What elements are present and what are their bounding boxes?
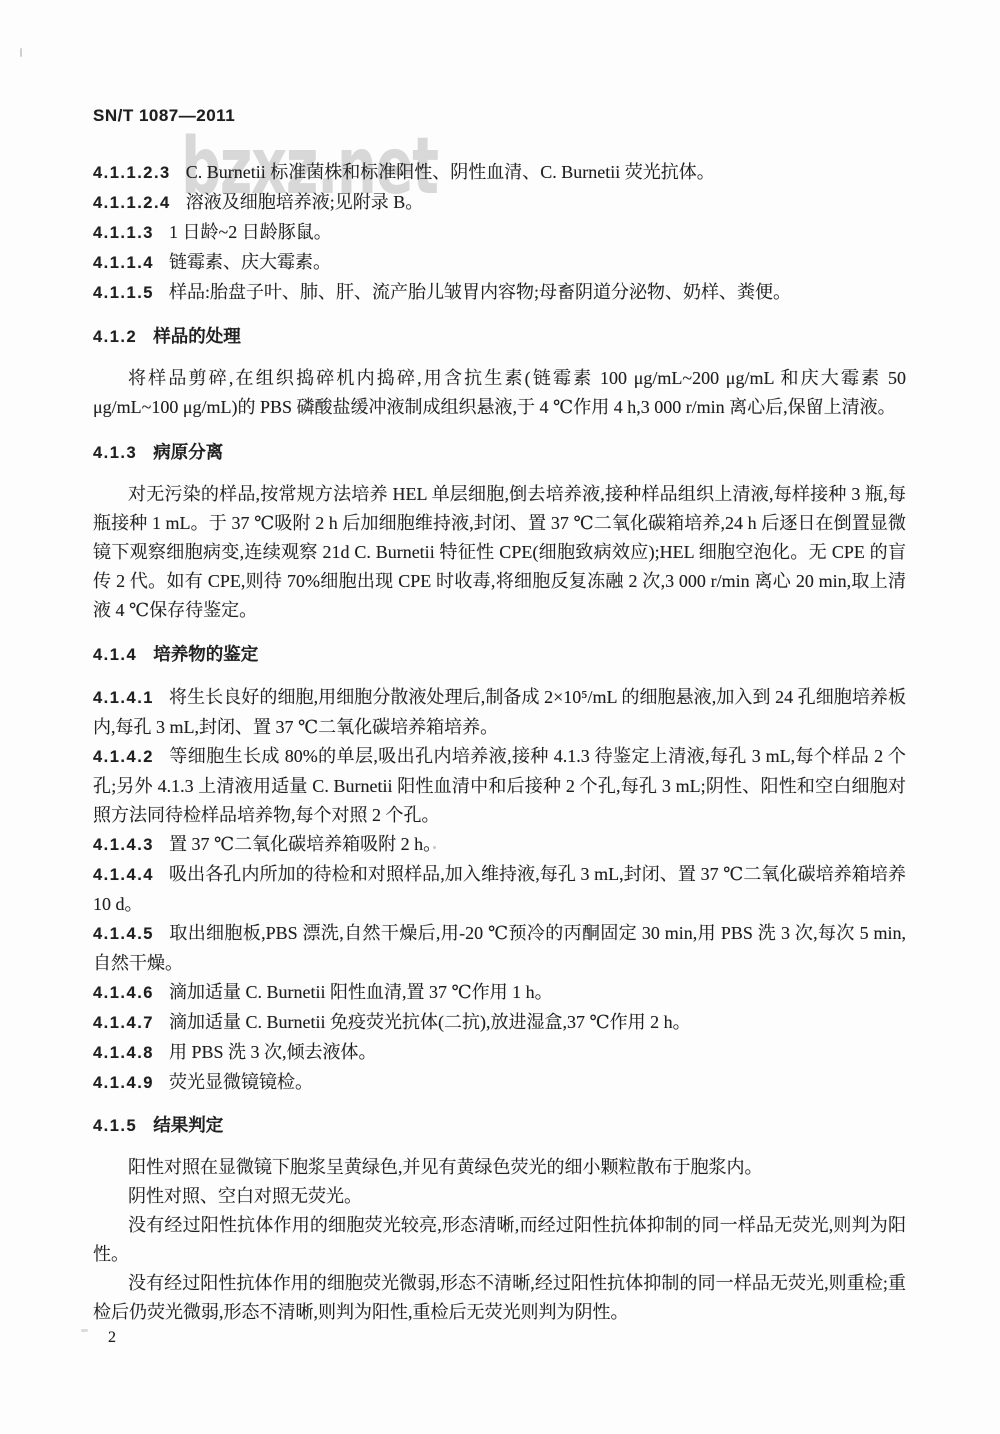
clause-group-4-1-1: 4.1.1.2.3C. Burnetii 标准菌株和标准阳性、阴性血清、C. B… xyxy=(93,158,906,308)
document-page: bzxz.net SN/T 1087—2011 4.1.1.2.3C. Burn… xyxy=(0,0,1000,1434)
page-content: SN/T 1087—2011 4.1.1.2.3C. Burnetii 标准菌株… xyxy=(93,0,906,1349)
clause-number: 4.1.4.3 xyxy=(93,836,154,854)
clause-4-1-4-4: 4.1.4.4吸出各孔内所加的待检和对照样品,加入维持液,每孔 3 mL,封闭、… xyxy=(93,860,906,919)
heading-title: 培养物的鉴定 xyxy=(153,644,258,664)
clause-text: 滴加适量 C. Burnetii 阳性血清,置 37 ℃作用 1 h。 xyxy=(169,982,553,1002)
clause-number: 4.1.4.1 xyxy=(93,689,154,707)
para-4-1-3: 对无污染的样品,按常规方法培养 HEL 单层细胞,倒去培养液,接种样品组织上清液… xyxy=(93,480,906,625)
clause-4-1-1-4: 4.1.1.4链霉素、庆大霉素。 xyxy=(93,248,906,278)
clause-number: 4.1.4.6 xyxy=(93,984,154,1002)
clause-text: 荧光显微镜镜检。 xyxy=(169,1072,313,1092)
clause-number: 4.1.4.4 xyxy=(93,866,154,884)
para-result-recheck-judgement: 没有经过阳性抗体作用的细胞荧光微弱,形态不清晰,经过阳性抗体抑制的同一样品无荧光… xyxy=(93,1269,906,1327)
clause-4-1-1-5: 4.1.1.5样品:胎盘子叶、肺、肝、流产胎儿皱胃内容物;母畜阴道分泌物、奶样、… xyxy=(93,278,906,308)
clause-text: 等细胞生长成 80%的单层,吸出孔内培养液,接种 4.1.3 待鉴定上清液,每孔… xyxy=(93,746,906,825)
clause-4-1-4-7: 4.1.4.7滴加适量 C. Burnetii 免疫荧光抗体(二抗),放进湿盒,… xyxy=(93,1008,906,1038)
clause-4-1-4-3: 4.1.4.3置 37 ℃二氧化碳培养箱吸附 2 h。 xyxy=(93,830,906,860)
clause-4-1-1-3: 4.1.1.31 日龄~2 日龄豚鼠。 xyxy=(93,218,906,248)
clause-text: 将生长良好的细胞,用细胞分散液处理后,制备成 2×10⁵/mL 的细胞悬液,加入… xyxy=(93,687,906,737)
standard-number-header: SN/T 1087—2011 xyxy=(93,107,906,125)
heading-4-1-4: 4.1.4培养物的鉴定 xyxy=(93,640,906,670)
clause-text: C. Burnetii 标准菌株和标准阳性、阴性血清、C. Burnetii 荧… xyxy=(186,162,715,182)
para-result-negative-control: 阴性对照、空白对照无荧光。 xyxy=(93,1182,906,1211)
clause-4-1-4-2: 4.1.4.2等细胞生长成 80%的单层,吸出孔内培养液,接种 4.1.3 待鉴… xyxy=(93,742,906,830)
clause-text: 滴加适量 C. Burnetii 免疫荧光抗体(二抗),放进湿盒,37 ℃作用 … xyxy=(169,1012,691,1032)
clause-number: 4.1.1.2.3 xyxy=(93,164,171,182)
clause-text: 样品:胎盘子叶、肺、肝、流产胎儿皱胃内容物;母畜阴道分泌物、奶样、粪便。 xyxy=(169,282,791,302)
clause-number: 4.1.4.9 xyxy=(93,1074,154,1092)
clause-4-1-4-6: 4.1.4.6滴加适量 C. Burnetii 阳性血清,置 37 ℃作用 1 … xyxy=(93,978,906,1008)
clause-4-1-4-9: 4.1.4.9荧光显微镜镜检。 xyxy=(93,1068,906,1098)
clause-text: 取出细胞板,PBS 漂洗,自然干燥后,用-20 ℃预冷的丙酮固定 30 min,… xyxy=(93,923,906,973)
clause-text: 1 日龄~2 日龄豚鼠。 xyxy=(169,222,332,242)
heading-number: 4.1.4 xyxy=(93,646,137,664)
clause-number: 4.1.1.3 xyxy=(93,224,154,242)
heading-number: 4.1.5 xyxy=(93,1117,137,1135)
clause-number: 4.1.1.5 xyxy=(93,284,154,302)
para-4-1-2: 将样品剪碎,在组织捣碎机内捣碎,用含抗生素(链霉素 100 μg/mL~200 … xyxy=(93,364,906,422)
scan-artifact xyxy=(81,1329,88,1332)
clause-text: 用 PBS 洗 3 次,倾去液体。 xyxy=(169,1042,377,1062)
clause-4-1-1-2-3: 4.1.1.2.3C. Burnetii 标准菌株和标准阳性、阴性血清、C. B… xyxy=(93,158,906,188)
clause-group-4-1-4: 4.1.4.1将生长良好的细胞,用细胞分散液处理后,制备成 2×10⁵/mL 的… xyxy=(93,683,906,1098)
scan-artifact xyxy=(433,846,436,849)
heading-title: 结果判定 xyxy=(153,1115,223,1135)
clause-number: 4.1.1.4 xyxy=(93,254,154,272)
clause-text: 吸出各孔内所加的待检和对照样品,加入维持液,每孔 3 mL,封闭、置 37 ℃二… xyxy=(93,864,906,914)
clause-text: 链霉素、庆大霉素。 xyxy=(169,252,331,272)
heading-title: 病原分离 xyxy=(153,442,223,462)
clause-text: 置 37 ℃二氧化碳培养箱吸附 2 h。 xyxy=(169,834,441,854)
clause-4-1-4-8: 4.1.4.8用 PBS 洗 3 次,倾去液体。 xyxy=(93,1038,906,1068)
scan-artifact xyxy=(20,48,22,57)
clause-4-1-1-2-4: 4.1.1.2.4溶液及细胞培养液;见附录 B。 xyxy=(93,188,906,218)
heading-number: 4.1.2 xyxy=(93,328,137,346)
clause-4-1-4-5: 4.1.4.5取出细胞板,PBS 漂洗,自然干燥后,用-20 ℃预冷的丙酮固定 … xyxy=(93,919,906,978)
page-number: 2 xyxy=(93,1327,906,1349)
clause-number: 4.1.1.2.4 xyxy=(93,194,171,212)
clause-number: 4.1.4.8 xyxy=(93,1044,154,1062)
clause-number: 4.1.4.2 xyxy=(93,748,154,766)
clause-number: 4.1.4.7 xyxy=(93,1014,154,1032)
heading-4-1-5: 4.1.5结果判定 xyxy=(93,1111,906,1141)
heading-4-1-3: 4.1.3病原分离 xyxy=(93,438,906,468)
heading-4-1-2: 4.1.2样品的处理 xyxy=(93,322,906,352)
heading-number: 4.1.3 xyxy=(93,444,137,462)
para-result-positive-control: 阳性对照在显微镜下胞浆呈黄绿色,并见有黄绿色荧光的细小颗粒散布于胞浆内。 xyxy=(93,1153,906,1182)
clause-text: 溶液及细胞培养液;见附录 B。 xyxy=(186,192,424,212)
para-result-positive-judgement: 没有经过阳性抗体作用的细胞荧光较亮,形态清晰,而经过阳性抗体抑制的同一样品无荧光… xyxy=(93,1211,906,1269)
clause-4-1-4-1: 4.1.4.1将生长良好的细胞,用细胞分散液处理后,制备成 2×10⁵/mL 的… xyxy=(93,683,906,742)
heading-title: 样品的处理 xyxy=(153,326,241,346)
clause-number: 4.1.4.5 xyxy=(93,925,154,943)
